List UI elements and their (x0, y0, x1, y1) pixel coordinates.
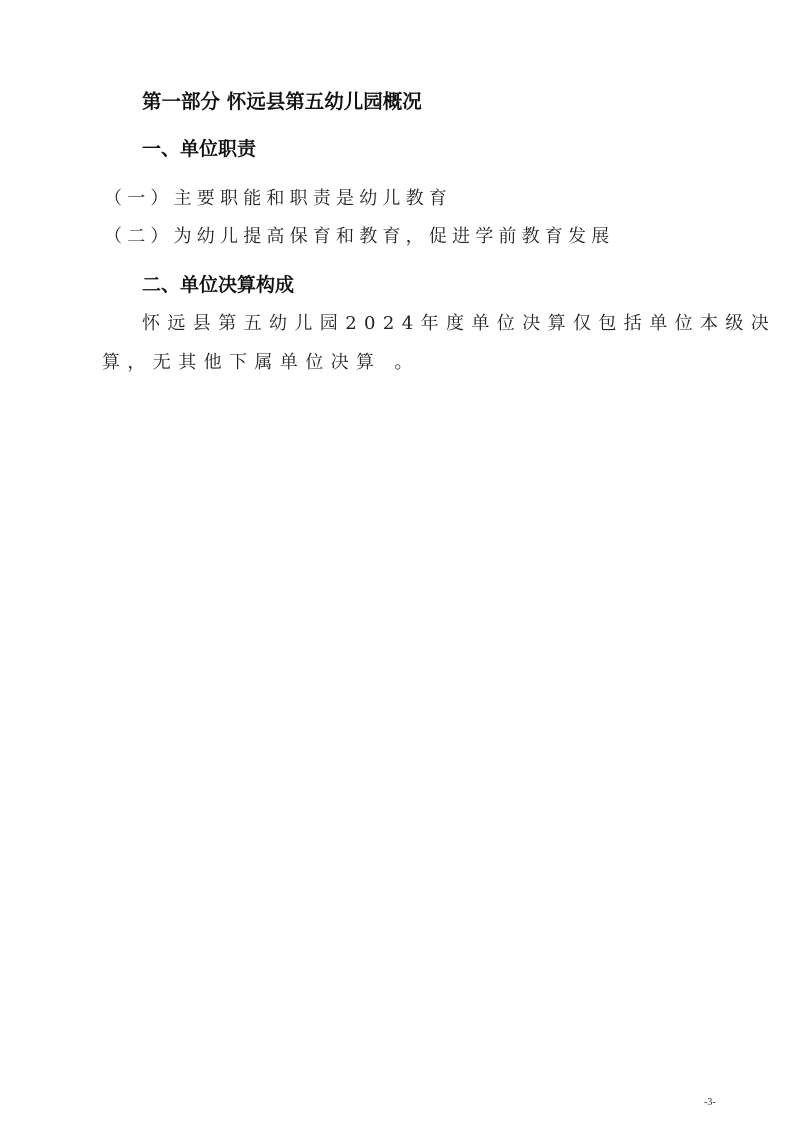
section-heading-unit-composition: 二、单位决算构成 (142, 276, 294, 295)
duty-item-1: （一）主要职能和职责是幼儿教育 (104, 190, 452, 208)
part-title: 第一部分 怀远县第五幼儿园概况 (142, 92, 422, 112)
section-heading-unit-duties: 一、单位职责 (142, 140, 256, 159)
duty-item-2: （二）为幼儿提高保育和教育，促进学前教育发展 (104, 228, 614, 246)
composition-paragraph-line-1: 怀远县第五幼儿园2024年度单位决算仅包括单位本级决 (142, 315, 776, 333)
composition-paragraph-line-2: 算，无其他下属单位决算 。 (102, 354, 420, 372)
page-number: -3- (704, 1097, 716, 1108)
